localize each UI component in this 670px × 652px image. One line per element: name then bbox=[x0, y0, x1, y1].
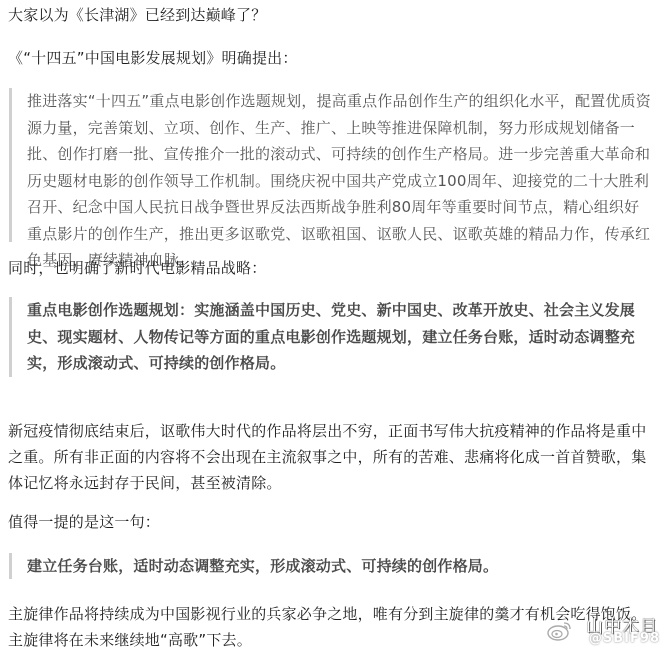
intro-question: 大家以为《长津湖》已经到达巅峰了？ bbox=[8, 2, 658, 28]
blockquote-plan-text: 推进落实“十四五”重点电影创作选题规划，提高重点作品创作生产的组织化水平，配置优… bbox=[27, 92, 651, 269]
covid-paragraph: 新冠疫情彻底结束后，讴歌伟大时代的作品将层出不穷，正面书写伟大抗疫精神的作品将是… bbox=[8, 418, 658, 496]
blockquote-plan: 推进落实“十四五”重点电影创作选题规划，提高重点作品创作生产的组织化水平，配置优… bbox=[9, 88, 659, 242]
strategy-intro: 同时，也明确了新时代电影精品战略： bbox=[8, 255, 658, 281]
conclusion-paragraph: 主旋律作品将持续成为中国影视行业的兵家必争之地，唯有分到主旋律的羹才有机会吃得饱… bbox=[8, 601, 658, 652]
blockquote-highlight-text: 建立任务台账，适时动态调整充实，形成滚动式、可持续的创作格局。 bbox=[27, 557, 498, 575]
plan-intro: 《“十四五”中国电影发展规划》明确提出： bbox=[8, 45, 658, 71]
blockquote-strategy: 重点电影创作选题规划：实施涵盖中国历史、党史、新中国史、改革开放史、社会主义发展… bbox=[9, 297, 659, 377]
blockquote-highlight: 建立任务台账，适时动态调整充实，形成滚动式、可持续的创作格局。 bbox=[9, 553, 659, 579]
blockquote-strategy-text: 重点电影创作选题规划：实施涵盖中国历史、党史、新中国史、改革开放史、社会主义发展… bbox=[27, 301, 635, 372]
highlight-intro: 值得一提的是这一句： bbox=[8, 509, 658, 535]
